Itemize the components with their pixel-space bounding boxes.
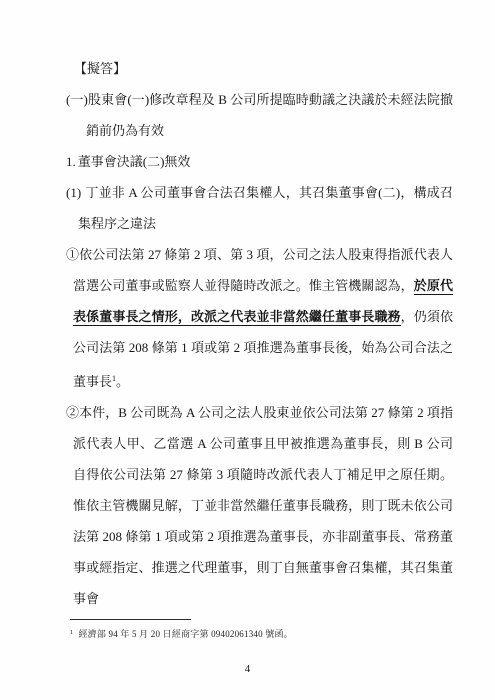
text-segment: 股東會(一)修改章程及 B 公司所提臨時動議之決議於未經法院撤銷前仍為有效: [86, 92, 453, 138]
paragraph-item: 1.董事會決議(二)無效: [66, 146, 453, 177]
answer-heading: 【擬答】: [74, 53, 453, 84]
paragraph-item: (1)丁並非 A 公司董事會合法召集權人，其召集董事會(二)，構成召集程序之違法: [66, 177, 453, 239]
text-segment: 董事會決議(二)無效: [78, 154, 191, 169]
document-page: 【擬答】 (一)股東會(一)修改章程及 B 公司所提臨時動議之決議於未經法院撤銷…: [0, 0, 495, 700]
text-segment: 依公司法第 27 條第 2 項、第 3 項，公司之法人股東得指派代表人當選公司董…: [73, 247, 453, 293]
footnote-ref: 1: [70, 629, 73, 636]
paragraph-item: ①依公司法第 27 條第 2 項、第 3 項，公司之法人股東得指派代表人當選公司…: [66, 239, 453, 397]
text-segment: 本件，B 公司既為 A 公司之法人股東並依公司法第 27 條第 2 項指派代表人…: [73, 405, 453, 606]
text-segment: 丁並非 A 公司董事會合法召集權人，其召集董事會(二)，構成召集程序之違法: [78, 185, 453, 231]
list-marker: ①: [66, 247, 79, 262]
paragraph-item: ②本件，B 公司既為 A 公司之法人股東並依公司法第 27 條第 2 項指派代表…: [66, 397, 453, 614]
text-segment: 。: [116, 374, 129, 389]
footnote-line: 1經濟部 94 年 5 月 20 日經商字第 09402061340 號函。: [70, 627, 450, 640]
footnote-text: 經濟部 94 年 5 月 20 日經商字第 09402061340 號函。: [78, 629, 292, 639]
list-marker: (一): [66, 92, 88, 107]
footnote: 1經濟部 94 年 5 月 20 日經商字第 09402061340 號函。: [70, 619, 450, 640]
footnote-separator: [70, 619, 191, 620]
answer-content: 【擬答】 (一)股東會(一)修改章程及 B 公司所提臨時動議之決議於未經法院撤銷…: [66, 53, 453, 614]
list-marker: (1): [66, 185, 81, 200]
paragraph-item: (一)股東會(一)修改章程及 B 公司所提臨時動議之決議於未經法院撤銷前仍為有效: [66, 84, 453, 146]
list-marker: 1.: [66, 154, 76, 169]
answer-body: (一)股東會(一)修改章程及 B 公司所提臨時動議之決議於未經法院撤銷前仍為有效…: [66, 84, 453, 614]
page-number: 4: [0, 663, 495, 675]
list-marker: ②: [66, 405, 79, 420]
